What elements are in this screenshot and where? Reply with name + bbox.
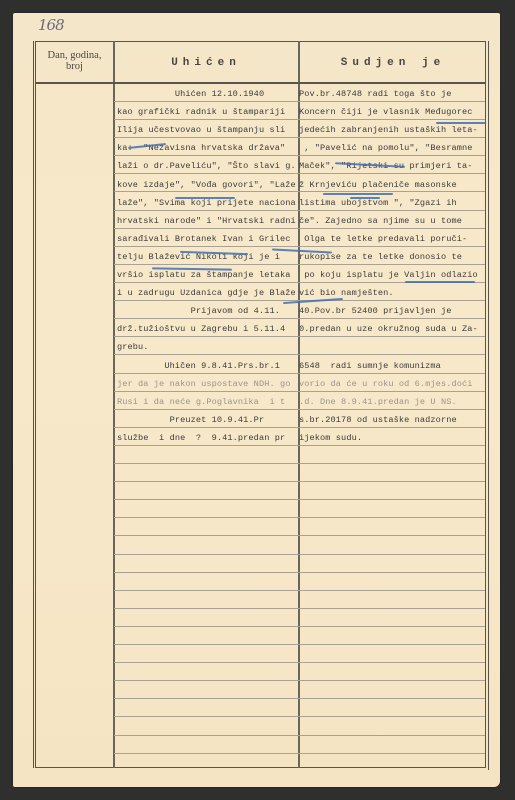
folio-number: 168 <box>38 16 64 34</box>
ruled-line <box>114 119 485 120</box>
entry-line-right: 6548 radi sumnje komunizma <box>299 361 441 371</box>
ruled-line <box>114 608 485 609</box>
entry-line-left: laže", "Svima koji prijete naciona <box>117 198 296 208</box>
entry-line-right: Pov.br.48748 radi toga što je <box>299 89 451 99</box>
header-date-line1: Dan, godina, <box>36 50 113 61</box>
ruled-line <box>114 246 485 247</box>
ruled-line <box>114 572 485 573</box>
entry-line-right: po koju isplatu je Valjin odlazio <box>299 270 478 280</box>
ruled-line <box>114 554 485 555</box>
entry-line-right: 0.predan u uze okružnog suda u Za- <box>299 324 478 334</box>
entry-line-left: Uhičen 9.8.41.Prs.br.1 <box>117 361 280 371</box>
ruled-line <box>114 698 485 699</box>
ruled-line <box>114 191 485 192</box>
entry-line-left: Prijavom od 4.11. <box>117 306 280 316</box>
entry-line-left: i u zadrugu Uzdanica gdje je Blaže <box>117 288 296 298</box>
header-sentenced: Sudjen je <box>300 57 486 69</box>
ruled-line <box>114 427 485 428</box>
ruled-line <box>114 409 485 410</box>
ruled-line <box>114 481 485 482</box>
ruled-line <box>114 626 485 627</box>
entry-line-left: hrvatski narode" i "Hrvatski radni <box>117 216 296 226</box>
entry-line-right: vorio da će u roku od 6.mjes.doći <box>299 379 472 389</box>
entry-line-left: Ilija učestvovao u štampanju sli <box>117 125 285 135</box>
entry-line-right: rukopise za te letke donosio te <box>299 252 462 262</box>
entry-line-right: Olga te letke predavali poruči- <box>299 234 467 244</box>
ruled-line <box>114 735 485 736</box>
entry-line-right: vić bio namješten. <box>299 288 394 298</box>
ruled-line <box>114 336 485 337</box>
ruled-line <box>114 499 485 500</box>
entry-line-right: ž Krnjeviću plačeniče masonske <box>299 180 457 190</box>
header-date-line2: broj <box>36 61 113 72</box>
entry-line-right: 40.Pov.br 52400 prijavljen je <box>299 306 451 316</box>
ruled-line <box>114 753 485 754</box>
ruled-line <box>114 644 485 645</box>
entry-line-left: službe i dne ? 9.41.predan pr <box>117 433 285 443</box>
entry-line-right: s.br.20178 od ustaške nadzorne <box>299 415 457 425</box>
pencil-underline <box>323 193 393 195</box>
header-divider <box>35 82 486 84</box>
entry-line-right: listima ubojstvom ", "Zgazi ih <box>299 198 457 208</box>
ruled-line <box>114 445 485 446</box>
ruled-line <box>114 101 485 102</box>
entry-line-left: jer da je nakon uspostave NDH. go <box>117 379 290 389</box>
entry-line-right: , "Pavelić na pomolu", "Besramne <box>299 143 472 153</box>
pencil-underline <box>350 197 380 199</box>
entry-line-left: Rusi i da neće g.Poglavnika i t <box>117 397 285 407</box>
ruled-line <box>114 463 485 464</box>
entry-line-right: ijekom sudu. <box>299 433 362 443</box>
pencil-underline <box>436 122 486 124</box>
pencil-underline <box>175 197 235 199</box>
entry-line-left: vršio isplatu za štampanje letaka <box>117 270 290 280</box>
table-border-right <box>488 41 489 770</box>
ruled-line <box>114 535 485 536</box>
entry-line-right: jedećih zabranjenih ustaških leta- <box>299 125 478 135</box>
entry-line-left: sarađivali Brotanek Ivan i Grilec <box>117 234 290 244</box>
ruled-line <box>114 318 485 319</box>
entry-line-left: Uhićen 12.10.1940 <box>117 89 264 99</box>
ruled-line <box>114 517 485 518</box>
entry-line-left: drž.tužioštvu u Zagrebu i 5.11.4 <box>117 324 285 334</box>
column-divider-date <box>113 41 115 768</box>
ruled-line <box>114 210 485 211</box>
ruled-line <box>114 173 485 174</box>
ruled-line <box>114 373 485 374</box>
entry-line-right: če". Zajedno sa njime su u tome <box>299 216 462 226</box>
ruled-line <box>114 391 485 392</box>
ruled-line <box>114 590 485 591</box>
ruled-line <box>114 354 485 355</box>
header-date-column: Dan, godina, broj <box>36 50 113 72</box>
table-border-left <box>33 41 34 768</box>
entry-line-left: kao grafički radnik u štampariji <box>117 107 285 117</box>
ruled-line <box>114 155 485 156</box>
entry-line-right: .d. Dne 8.9.41.predan je U NS. <box>299 397 457 407</box>
entry-line-right: Koncern čiji je vlasnik Međugorec <box>299 107 472 117</box>
ruled-line <box>114 716 485 717</box>
ruled-line <box>114 228 485 229</box>
entry-line-left: laži o dr.Paveliću", "Što slavi g. <box>117 161 296 171</box>
entry-line-left: grebu. <box>117 342 149 352</box>
header-arrested: Uhićen <box>114 57 298 69</box>
ruled-line <box>114 662 485 663</box>
ruled-line <box>114 680 485 681</box>
ruled-line <box>114 137 485 138</box>
pencil-underline <box>405 281 475 283</box>
entry-line-left: kove izdaje", "Vođa govori", "Laže <box>117 180 296 190</box>
entry-line-left: Preuzet 10.9.41.Pr <box>117 415 264 425</box>
ruled-line <box>114 264 485 265</box>
